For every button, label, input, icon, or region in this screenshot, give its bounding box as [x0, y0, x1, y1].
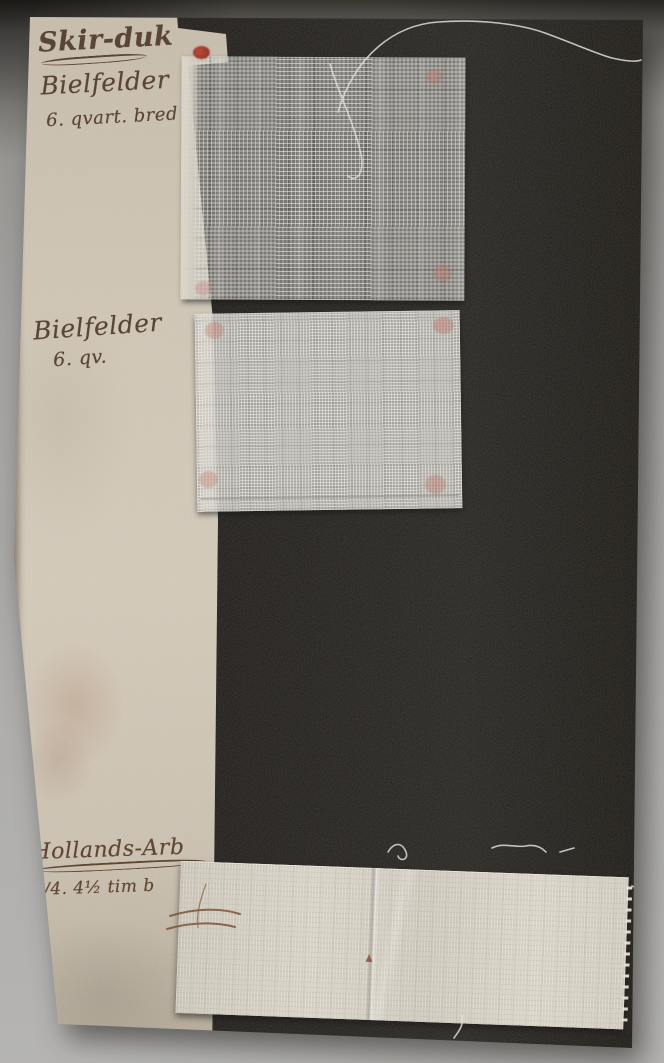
sample1-title: Skir-duk	[37, 23, 174, 58]
swatch-bielfelder-linen	[195, 310, 463, 512]
selvage-edge	[180, 56, 198, 299]
label-skir-duk: Skir-duk Bielfelder 6. qvart. bred	[37, 23, 178, 131]
sample-board: Skir-duk Bielfelder 6. qvart. bred Bielf…	[0, 0, 664, 1063]
swatch-hollands-strip	[175, 861, 628, 1029]
wax-dot	[425, 475, 446, 494]
wax-dot	[195, 281, 212, 296]
wax-dot	[433, 317, 454, 334]
sample2-maker: Bielfelder	[32, 310, 162, 345]
wax-dot	[205, 322, 224, 339]
swatch-skir-duk-gauze	[182, 56, 465, 300]
wax-dot	[426, 69, 443, 84]
fold-crease	[365, 868, 380, 1020]
wax-dot-red	[193, 46, 210, 59]
wax-dot	[199, 471, 218, 488]
frayed-edge	[621, 881, 632, 1021]
photo-stage: Skir-duk Bielfelder 6. qvart. bred Bielf…	[0, 0, 664, 1063]
wax-dot	[433, 265, 452, 282]
label-bielfelder: Bielfelder 6. qv.	[32, 310, 164, 373]
board-shadow-wrap: Skir-duk Bielfelder 6. qvart. bred Bielf…	[0, 0, 664, 1063]
sample1-maker: Bielfelder	[40, 67, 177, 100]
